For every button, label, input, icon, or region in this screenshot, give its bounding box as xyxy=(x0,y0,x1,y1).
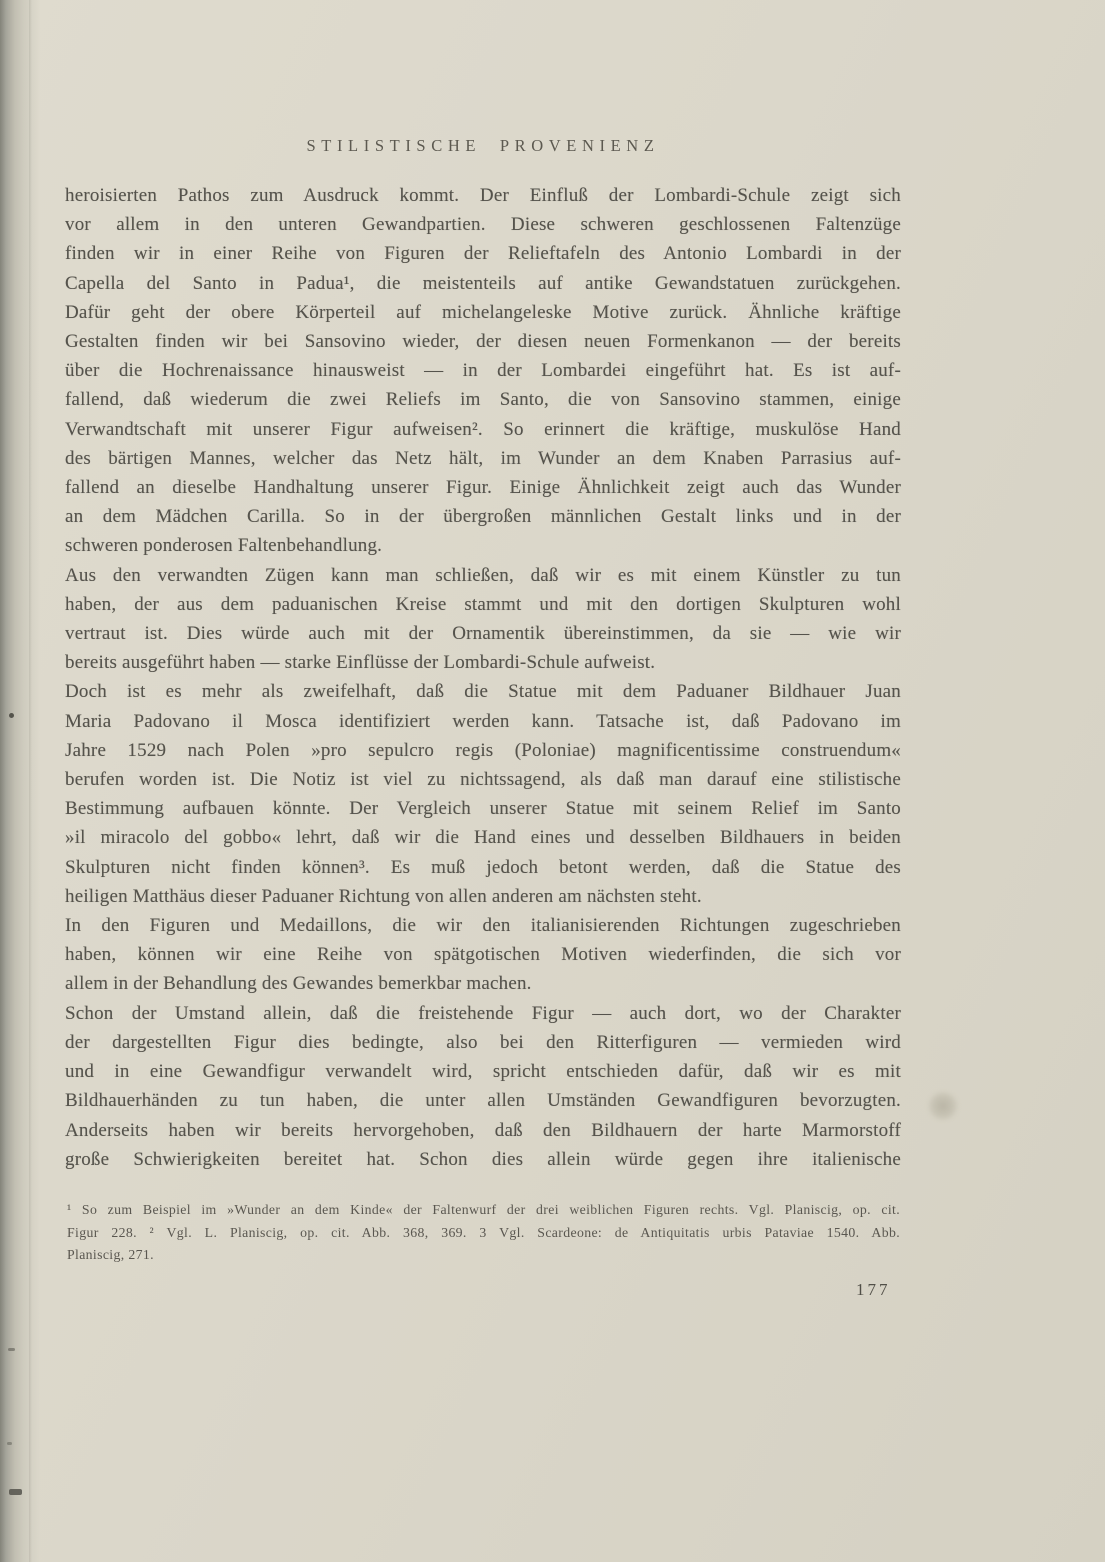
body-line: Dafür geht der obere Körperteil auf mich… xyxy=(65,298,901,327)
body-line: Bestimmung aufbauen könnte. Der Vergleic… xyxy=(65,794,901,823)
body-line: Doch ist es mehr als zweifelhaft, daß di… xyxy=(65,677,901,706)
body-line: fallend, daß wiederum die zwei Reliefs i… xyxy=(65,385,901,414)
body-line: »il miracolo del gobbo« lehrt, daß wir d… xyxy=(65,823,901,852)
body-line: In den Figuren und Medaillons, die wir d… xyxy=(65,911,901,940)
body-line: Bildhauerhänden zu tun haben, die unter … xyxy=(65,1086,901,1115)
page-curve-line xyxy=(29,0,32,1562)
body-line: und in eine Gewandfigur verwandelt wird,… xyxy=(65,1057,901,1086)
body-line: Skulpturen nicht finden können³. Es muß … xyxy=(65,853,901,882)
body-line: an dem Mädchen Carilla. So in der übergr… xyxy=(65,502,901,531)
footnote-line: ¹ So zum Beispiel im »Wunder an dem Kind… xyxy=(67,1199,900,1222)
running-head: STILISTISCHE PROVENIENZ xyxy=(65,136,901,156)
body-line: Gestalten finden wir bei Sansovino wiede… xyxy=(65,327,901,356)
body-line: der dargestellten Figur dies bedingte, a… xyxy=(65,1028,901,1057)
scan-speck xyxy=(9,713,14,718)
body-line: Schon der Umstand allein, daß die freist… xyxy=(65,999,901,1028)
body-line: fallend an dieselbe Handhaltung unserer … xyxy=(65,473,901,502)
body-line: Jahre 1529 nach Polen »pro sepulcro regi… xyxy=(65,736,901,765)
body-line: vor allem in den unteren Gewandpartien. … xyxy=(65,210,901,239)
scanned-book-page: STILISTISCHE PROVENIENZ heroisierten Pat… xyxy=(0,0,1105,1562)
page-number: 177 xyxy=(856,1280,891,1300)
body-line-paragraph-end: schweren ponderosen Faltenbehandlung. xyxy=(65,531,901,560)
body-line: Maria Padovano il Mosca identifiziert we… xyxy=(65,707,901,736)
paper-stain xyxy=(928,1092,958,1120)
body-line: vertraut ist. Dies würde auch mit der Or… xyxy=(65,619,901,648)
body-line-paragraph-end: heiligen Matthäus dieser Paduaner Richtu… xyxy=(65,882,901,911)
body-line: große Schwierigkeiten bereitet hat. Scho… xyxy=(65,1145,901,1174)
body-line: über die Hochrenaissance hinausweist — i… xyxy=(65,356,901,385)
body-line: Anderseits haben wir bereits hervorgehob… xyxy=(65,1116,901,1145)
body-line: finden wir in einer Reihe von Figuren de… xyxy=(65,239,901,268)
body-line-paragraph-end: bereits ausgeführt haben — starke Einflü… xyxy=(65,648,901,677)
body-line: heroisierten Pathos zum Ausdruck kommt. … xyxy=(65,181,901,210)
body-line: berufen worden ist. Die Notiz ist viel z… xyxy=(65,765,901,794)
scan-speck xyxy=(7,1442,12,1445)
body-line: des bärtigen Mannes, welcher das Netz hä… xyxy=(65,444,901,473)
body-line: Verwandtschaft mit unserer Figur aufweis… xyxy=(65,415,901,444)
page-gutter-shadow xyxy=(0,0,40,1562)
footnote-block: ¹ So zum Beispiel im »Wunder an dem Kind… xyxy=(67,1199,900,1267)
scan-speck xyxy=(8,1348,15,1351)
body-text-block: heroisierten Pathos zum Ausdruck kommt. … xyxy=(65,181,901,1174)
scan-speck xyxy=(9,1489,22,1495)
body-line: Aus den verwandten Zügen kann man schlie… xyxy=(65,561,901,590)
body-line: haben, können wir eine Reihe von spätgot… xyxy=(65,940,901,969)
footnote-line: Planiscig, 271. xyxy=(67,1244,900,1267)
body-line-paragraph-end: allem in der Behandlung des Gewandes bem… xyxy=(65,969,901,998)
footnote-line: Figur 228. ² Vgl. L. Planiscig, op. cit.… xyxy=(67,1222,900,1245)
body-line: haben, der aus dem paduanischen Kreise s… xyxy=(65,590,901,619)
body-line: Capella del Santo in Padua¹, die meisten… xyxy=(65,269,901,298)
